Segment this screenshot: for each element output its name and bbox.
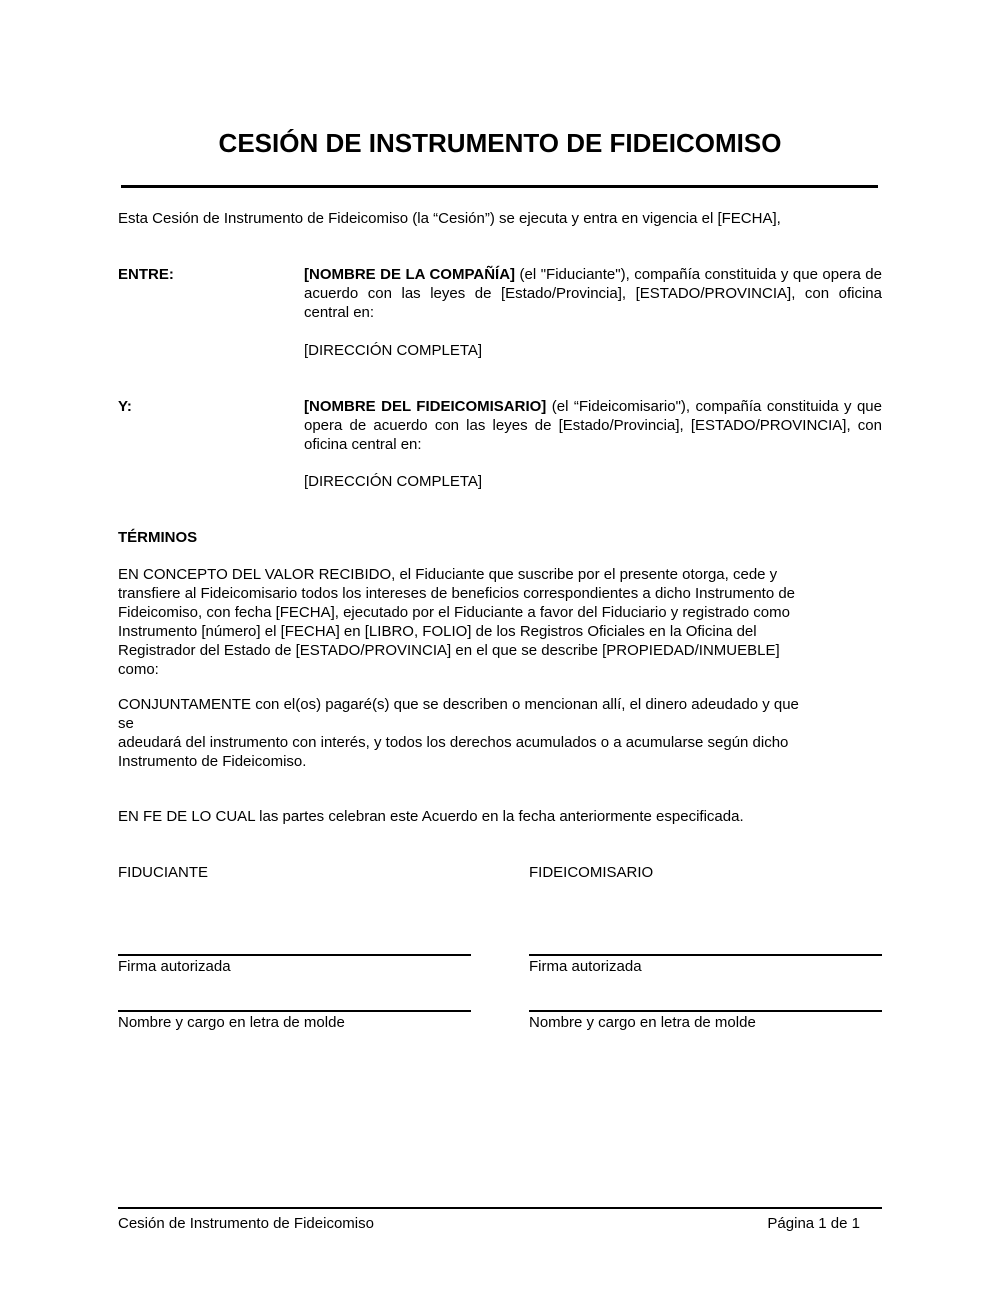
terms-paragraph: EN CONCEPTO DEL VALOR RECIBIDO, el Fiduc… [118, 565, 795, 679]
party-address-fideicomisario: [DIRECCIÓN COMPLETA] [304, 472, 482, 491]
terms-line: transfiere al Fideicomisario todos los i… [118, 584, 795, 603]
party-name-fiduciante: [NOMBRE DE LA COMPAÑÍA] [304, 266, 515, 283]
name-label-fideicomisario: Nombre y cargo en letra de molde [529, 1013, 756, 1032]
conjunto-line: se [118, 714, 799, 733]
name-line-fiduciante [118, 1010, 471, 1012]
conjunto-paragraph: CONJUNTAMENTE con el(os) pagaré(s) que s… [118, 695, 799, 771]
party-address-fiduciante: [DIRECCIÓN COMPLETA] [304, 341, 482, 360]
name-label-fiduciante: Nombre y cargo en letra de molde [118, 1013, 345, 1032]
title-divider [121, 185, 878, 188]
party-label-y: Y: [118, 397, 132, 416]
signature-party-fideicomisario: FIDEICOMISARIO [529, 863, 653, 882]
party-label-entre: ENTRE: [118, 265, 174, 284]
party-name-fideicomisario: [NOMBRE DEL FIDEICOMISARIO] [304, 398, 546, 415]
footer-page-number: Página 1 de 1 [767, 1214, 860, 1233]
conjunto-line: adeudará del instrumento con interés, y … [118, 733, 799, 752]
intro-paragraph: Esta Cesión de Instrumento de Fideicomis… [118, 209, 781, 228]
signature-line-fiduciante [118, 954, 471, 956]
signature-label-fideicomisario: Firma autorizada [529, 957, 642, 976]
conjunto-line: CONJUNTAMENTE con el(os) pagaré(s) que s… [118, 695, 799, 714]
terms-heading: TÉRMINOS [118, 528, 197, 547]
footer-doc-name: Cesión de Instrumento de Fideicomiso [118, 1214, 374, 1233]
terms-line: EN CONCEPTO DEL VALOR RECIBIDO, el Fiduc… [118, 565, 795, 584]
name-line-fideicomisario [529, 1010, 882, 1012]
signature-party-fiduciante: FIDUCIANTE [118, 863, 208, 882]
signature-label-fiduciante: Firma autorizada [118, 957, 231, 976]
footer-divider [118, 1207, 882, 1209]
terms-line: como: [118, 660, 795, 679]
party-description-fideicomisario: [NOMBRE DEL FIDEICOMISARIO] (el “Fideico… [304, 397, 882, 454]
terms-line: Registrador del Estado de [ESTADO/PROVIN… [118, 641, 795, 660]
signature-line-fideicomisario [529, 954, 882, 956]
terms-line: Fideicomiso, con fecha [FECHA], ejecutad… [118, 603, 795, 622]
document-title: CESIÓN DE INSTRUMENTO DE FIDEICOMISO [0, 128, 1000, 159]
party-description-fiduciante: [NOMBRE DE LA COMPAÑÍA] (el "Fiduciante"… [304, 265, 882, 322]
witness-statement: EN FE DE LO CUAL las partes celebran est… [118, 807, 744, 826]
terms-line: Instrumento [número] el [FECHA] en [LIBR… [118, 622, 795, 641]
conjunto-line: Instrumento de Fideicomiso. [118, 752, 799, 771]
